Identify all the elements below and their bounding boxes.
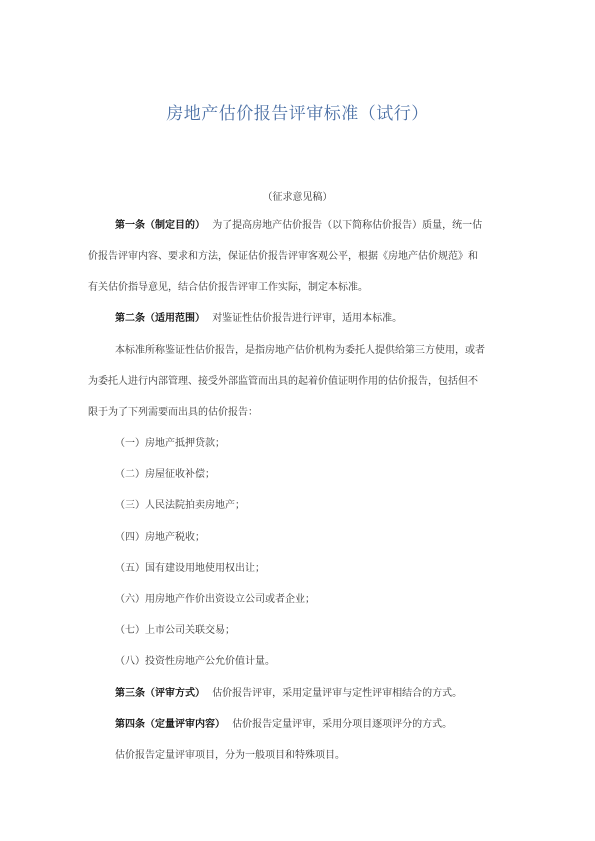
article-4-heading: 第四条（定量评审内容）	[115, 719, 225, 730]
list-item-6: （六）用房地产作价出资设立公司或者企业；	[115, 593, 315, 607]
document-title: 房地产估价报告评审标准（试行）	[0, 99, 595, 124]
list-item-8: （八）投资性房地产公允价值计量。	[115, 655, 275, 669]
article-4-para-2: 估价报告定量评审项目，分为一般项目和特殊项目。	[115, 749, 345, 763]
article-1-text: 为了提高房地产估价报告（以下简称估价报告）质量，统一估	[212, 220, 482, 231]
article-3-heading: 第三条（评审方式）	[115, 688, 205, 699]
document-subtitle: （征求意见稿）	[0, 188, 595, 203]
article-1-line-3: 有关估价指导意见，结合估价报告评审工作实际，制定本标准。	[88, 281, 368, 295]
article-2-line-1: 第二条（适用范围） 对鉴证性估价报告进行评审，适用本标准。	[115, 312, 402, 326]
article-2-para-2-line-1: 本标准所称鉴证性估价报告，是指房地产估价机构为委托人提供给第三方使用，或者	[115, 344, 485, 358]
article-3-text: 估价报告评审，采用定量评审与定性评审相结合的方式。	[212, 688, 462, 699]
article-2-para-2-line-2: 为委托人进行内部管理、接受外部监管而出具的起着价值证明作用的估价报告，包括但不	[88, 375, 478, 389]
article-2-heading: 第二条（适用范围）	[115, 313, 205, 324]
article-1-heading: 第一条（制定目的）	[115, 220, 205, 231]
list-item-1: （一）房地产抵押贷款；	[115, 437, 225, 451]
list-item-2: （二）房屋征收补偿；	[115, 468, 215, 482]
article-4-line-1: 第四条（定量评审内容） 估价报告定量评审，采用分项目逐项评分的方式。	[115, 718, 452, 732]
article-2-para-2-line-3: 限于为了下列需要而出具的估价报告：	[88, 406, 258, 420]
list-item-4: （四）房地产税收；	[115, 531, 205, 545]
article-4-text: 估价报告定量评审，采用分项目逐项评分的方式。	[232, 719, 452, 730]
article-1-line-2: 价报告评审内容、要求和方法，保证估价报告评审客观公平，根据《房地产估价规范》和	[88, 250, 478, 264]
article-3-line-1: 第三条（评审方式） 估价报告评审，采用定量评审与定性评审相结合的方式。	[115, 687, 462, 701]
article-2-text: 对鉴证性估价报告进行评审，适用本标准。	[212, 313, 402, 324]
list-item-5: （五）国有建设用地使用权出让；	[115, 562, 265, 576]
article-1-line-1: 第一条（制定目的） 为了提高房地产估价报告（以下简称估价报告）质量，统一估	[115, 219, 482, 233]
list-item-7: （七）上市公司关联交易；	[115, 624, 235, 638]
list-item-3: （三）人民法院拍卖房地产；	[115, 499, 245, 513]
